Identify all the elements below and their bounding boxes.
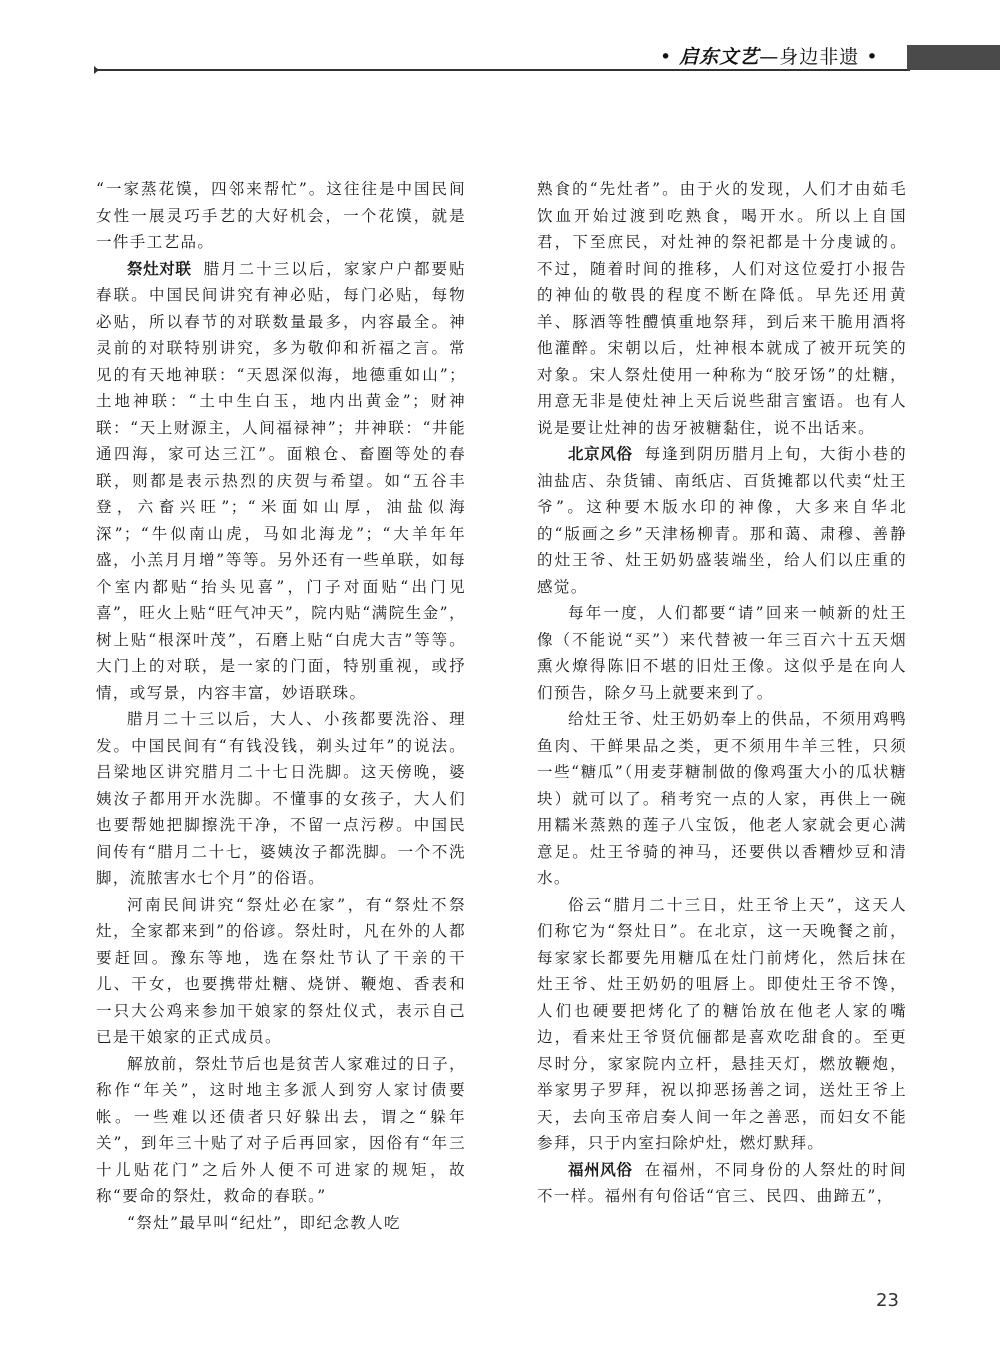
paragraph: “祭灶”最早叫“纪灶”，即纪念教人吃 <box>96 1210 466 1237</box>
paragraph-text: 腊月二十三以后，大人、小孩都要洗浴、理发。中国民间有“有钱没钱，剃头过年”的说法… <box>96 710 466 887</box>
paragraph: 腊月二十三以后，大人、小孩都要洗浴、理发。中国民间有“有钱没钱，剃头过年”的说法… <box>96 706 466 892</box>
paragraph-text: 给灶王爷、灶王奶奶奉上的供品，不须用鸡鸭鱼肉、干鲜果品之类，更不须用牛羊三牲，只… <box>537 710 907 887</box>
paragraph-text: “祭灶”最早叫“纪灶”，即纪念教人吃 <box>127 1214 401 1232</box>
paragraph: 每年一度，人们都要“请”回来一帧新的灶王像（不能说“买”）来代替被一年三百六十五… <box>537 600 907 706</box>
paragraph: 河南民间讲究“祭灶必在家”，有“祭灶不祭灶，全家都来到”的俗谚。祭灶时，凡在外的… <box>96 892 466 1051</box>
header-dash: — <box>759 46 779 68</box>
paragraph-text: 解放前，祭灶节后也是贫苦人家难过的日子，称作“年关”，这时地主多派人到穷人家讨债… <box>96 1055 466 1206</box>
section-heading: 北京风俗 <box>568 445 633 463</box>
paragraph-text: 每逢到阴历腊月上旬，大街小巷的油盐店、杂货铺、南纸店、百货摊都以代卖“灶王爷”。… <box>537 445 907 596</box>
paragraph: 熟食的“先灶者”。由于火的发现，人们才由茹毛饮血开始过渡到吃熟食，喝开水。所以上… <box>537 176 907 441</box>
paragraph-text: 每年一度，人们都要“请”回来一帧新的灶王像（不能说“买”）来代替被一年三百六十五… <box>537 604 907 702</box>
paragraph: 给灶王爷、灶王奶奶奉上的供品，不须用鸡鸭鱼肉、干鲜果品之类，更不须用牛羊三牲，只… <box>537 706 907 892</box>
paragraph: 福州风俗在福州，不同身份的人祭灶的时间不一样。福州有句俗话“官三、民四、曲蹄五”… <box>537 1157 907 1210</box>
paragraph-text: “一家蒸花馍，四邻来帮忙”。这往往是中国民间女性一展灵巧手艺的大好机会，一个花馍… <box>96 180 466 251</box>
paragraph: “一家蒸花馍，四邻来帮忙”。这往往是中国民间女性一展灵巧手艺的大好机会，一个花馍… <box>96 176 466 256</box>
magazine-name: 启东文艺 <box>679 46 759 68</box>
running-header: • 启东文艺—身边非遗 • <box>660 44 879 70</box>
paragraph: 北京风俗每逢到阴历腊月上旬，大街小巷的油盐店、杂货铺、南纸店、百货摊都以代卖“灶… <box>537 441 907 600</box>
section-heading: 祭灶对联 <box>127 260 192 278</box>
left-column: “一家蒸花馍，四邻来帮忙”。这往往是中国民间女性一展灵巧手艺的大好机会，一个花馍… <box>96 176 466 1236</box>
section-heading: 福州风俗 <box>568 1161 633 1179</box>
paragraph: 祭灶对联腊月二十三以后，家家户户都要贴春联。中国民间讲究有神必贴，每门必贴，每物… <box>96 256 466 707</box>
section-name: 身边非遗 <box>779 46 859 68</box>
paragraph-text: 俗云“腊月二十三日，灶王爷上天”，这天人们称它为“祭灶日”。在北京，这一天晚餐之… <box>537 896 907 1153</box>
right-column: 熟食的“先灶者”。由于火的发现，人们才由茹毛饮血开始过渡到吃熟食，喝开水。所以上… <box>537 176 907 1210</box>
header-bullet-right: • <box>866 46 878 68</box>
paragraph-text: 河南民间讲究“祭灶必在家”，有“祭灶不祭灶，全家都来到”的俗谚。祭灶时，凡在外的… <box>96 896 466 1047</box>
paragraph: 俗云“腊月二十三日，灶王爷上天”，这天人们称它为“祭灶日”。在北京，这一天晚餐之… <box>537 892 907 1157</box>
paragraph-text: 腊月二十三以后，家家户户都要贴春联。中国民间讲究有神必贴，每门必贴，每物必贴，所… <box>96 260 466 702</box>
paragraph: 解放前，祭灶节后也是贫苦人家难过的日子，称作“年关”，这时地主多派人到穷人家讨债… <box>96 1051 466 1210</box>
header-bullet-left: • <box>660 46 672 68</box>
paragraph-text: 熟食的“先灶者”。由于火的发现，人们才由茹毛饮血开始过渡到吃熟食，喝开水。所以上… <box>537 180 907 437</box>
header-color-block <box>907 45 1000 70</box>
page-number: 23 <box>876 1290 899 1311</box>
